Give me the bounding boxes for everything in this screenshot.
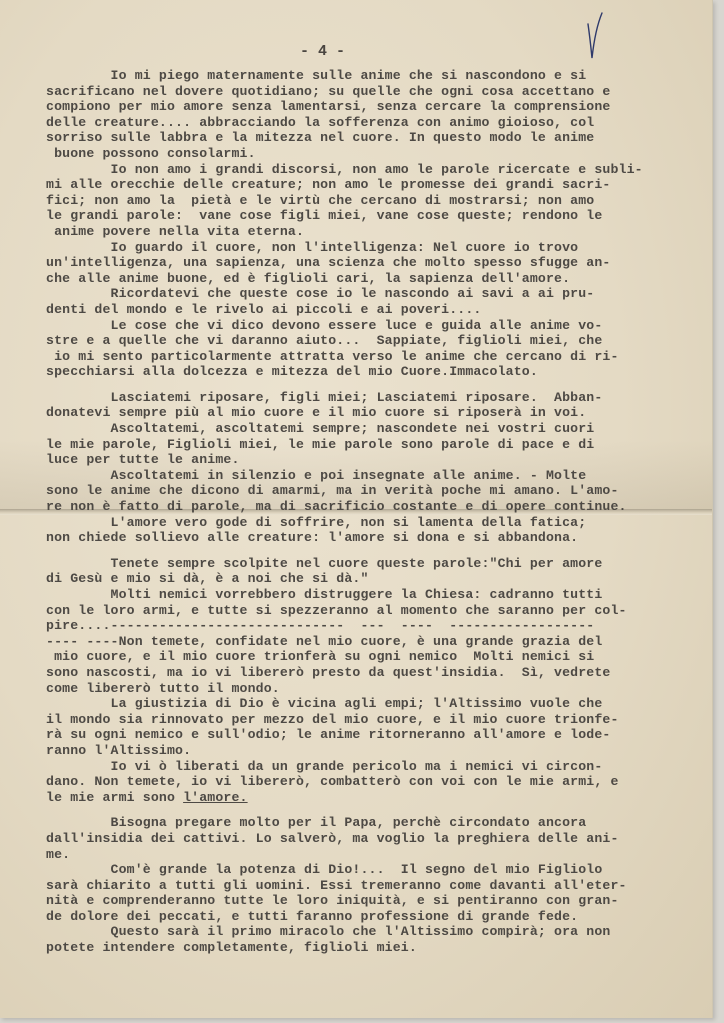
text-line: sacrificano nel dovere quotidiano; su qu… <box>46 84 686 100</box>
text-line: fici; non amo la pietà e le virtù che ce… <box>46 193 686 209</box>
paragraph: Io guardo il cuore, non l'intelligenza: … <box>46 240 686 287</box>
text-line: Io guardo il cuore, non l'intelligenza: … <box>46 240 686 256</box>
document-body: Io mi piego maternamente sulle anime che… <box>46 68 686 956</box>
text-line: rà su ogni nemico e sull'odio; le anime … <box>46 727 686 743</box>
text-line: luce per tutte le anime. <box>46 452 686 468</box>
text-line: L'amore vero gode di soffrire, non si la… <box>46 515 686 531</box>
text-line: Ricordatevi che queste cose io le nascon… <box>46 286 686 302</box>
text-line-prefix: le mie armi sono <box>46 790 183 805</box>
text-line: compiono per mio amore senza lamentarsi,… <box>46 99 686 115</box>
text-line: specchiarsi alla dolcezza e mitezza del … <box>46 364 686 380</box>
text-line: dall'insidia dei cattivi. Lo salverò, ma… <box>46 831 686 847</box>
text-line: Ascoltatemi in silenzio e poi insegnate … <box>46 468 686 484</box>
text-line: de dolore dei peccati, e tutti faranno p… <box>46 909 686 925</box>
paragraph-gap <box>46 546 686 556</box>
text-line: dano. Non temete, io vi libererò, combat… <box>46 774 686 790</box>
text-line: Io non amo i grandi discorsi, non amo le… <box>46 162 686 178</box>
text-line: sono nascosti, ma io vi libererò presto … <box>46 665 686 681</box>
text-line: sorriso sulle labbra e la mitezza nel cu… <box>46 130 686 146</box>
text-line: ---- ----Non temete, confidate nel mio c… <box>46 634 686 650</box>
text-line: me. <box>46 847 686 863</box>
text-line: le grandi parole: vane cose figli miei, … <box>46 208 686 224</box>
text-line: denti del mondo e le rivelo ai piccoli e… <box>46 302 686 318</box>
paragraph: Bisogna pregare molto per il Papa, perch… <box>46 815 686 862</box>
text-line: potete intendere completamente, figlioli… <box>46 940 686 956</box>
page-number: - 4 - <box>300 43 345 60</box>
text-line: delle creature.... abbracciando la soffe… <box>46 115 686 131</box>
paragraph: Io mi piego maternamente sulle anime che… <box>46 68 686 162</box>
paragraph: Io vi ò liberati da un grande pericolo m… <box>46 759 686 806</box>
text-line: La giustizia di Dio è vicina agli empi; … <box>46 696 686 712</box>
text-line: buone possono consolarmi. <box>46 146 686 162</box>
text-line: Lasciatemi riposare, figli miei; Lasciat… <box>46 390 686 406</box>
text-line: re non è fatto di parole, ma di sacrific… <box>46 499 686 515</box>
text-line: un'intelligenza, una sapienza, una scien… <box>46 255 686 271</box>
paragraph: Io non amo i grandi discorsi, non amo le… <box>46 162 686 240</box>
paragraph-gap <box>46 805 686 815</box>
paragraph: Le cose che vi dico devono essere luce e… <box>46 318 686 380</box>
text-line: che alle anime buone, ed è figlioli cari… <box>46 271 686 287</box>
text-line: il mondo sia rinnovato per mezzo del mio… <box>46 712 686 728</box>
text-line: come libererò tutto il mondo. <box>46 681 686 697</box>
text-line: con le loro armi, e tutte si spezzeranno… <box>46 603 686 619</box>
paragraph: Questo sarà il primo miracolo che l'Alti… <box>46 924 686 955</box>
handwritten-check-mark-icon <box>585 10 605 60</box>
text-line: le mie armi sono l'amore. <box>46 790 686 806</box>
text-line: donatevi sempre più al mio cuore e il mi… <box>46 405 686 421</box>
text-line: Le cose che vi dico devono essere luce e… <box>46 318 686 334</box>
text-line: Molti nemici vorrebbero distruggere la C… <box>46 587 686 603</box>
paragraph: Molti nemici vorrebbero distruggere la C… <box>46 587 686 696</box>
text-line: Io vi ò liberati da un grande pericolo m… <box>46 759 686 775</box>
text-line: Com'è grande la potenza di Dio!... Il se… <box>46 862 686 878</box>
paragraph: La giustizia di Dio è vicina agli empi; … <box>46 696 686 758</box>
text-line: ranno l'Altissimo. <box>46 743 686 759</box>
text-line: mio cuore, e il mio cuore trionferà su o… <box>46 649 686 665</box>
underlined-text: l'amore. <box>183 790 248 805</box>
paragraph: Ricordatevi che queste cose io le nascon… <box>46 286 686 317</box>
text-line: le mie parole, Figlioli miei, le mie par… <box>46 437 686 453</box>
paragraph: Tenete sempre scolpite nel cuore queste … <box>46 556 686 587</box>
paragraph: Ascoltatemi, ascoltatemi sempre; nascond… <box>46 421 686 468</box>
text-line: sono le anime che dicono di amarmi, ma i… <box>46 483 686 499</box>
typewritten-page: - 4 - Io mi piego maternamente sulle ani… <box>0 0 713 1018</box>
text-line: io mi sento particolarmente attratta ver… <box>46 349 686 365</box>
text-line: pire....----------------------------- --… <box>46 618 686 634</box>
text-line: Io mi piego maternamente sulle anime che… <box>46 68 686 84</box>
text-line: mi alle orecchie delle creature; non amo… <box>46 177 686 193</box>
paragraph: Ascoltatemi in silenzio e poi insegnate … <box>46 468 686 515</box>
text-line: sarà chiarito a tutti gli uomini. Essi t… <box>46 878 686 894</box>
text-line: anime povere nella vita eterna. <box>46 224 686 240</box>
text-line: di Gesù e mio si dà, è a noi che si dà." <box>46 571 686 587</box>
text-line: Tenete sempre scolpite nel cuore queste … <box>46 556 686 572</box>
text-line: Ascoltatemi, ascoltatemi sempre; nascond… <box>46 421 686 437</box>
text-line: stre e a quelle che vi daranno aiuto... … <box>46 333 686 349</box>
text-line: Bisogna pregare molto per il Papa, perch… <box>46 815 686 831</box>
paragraph: L'amore vero gode di soffrire, non si la… <box>46 515 686 546</box>
paragraph-gap <box>46 380 686 390</box>
text-line: nità e comprenderanno tutte le loro iniq… <box>46 893 686 909</box>
text-line: Questo sarà il primo miracolo che l'Alti… <box>46 924 686 940</box>
paragraph: Com'è grande la potenza di Dio!... Il se… <box>46 862 686 924</box>
paragraph: Lasciatemi riposare, figli miei; Lasciat… <box>46 390 686 421</box>
text-line: non chiede sollievo alle creature: l'amo… <box>46 530 686 546</box>
